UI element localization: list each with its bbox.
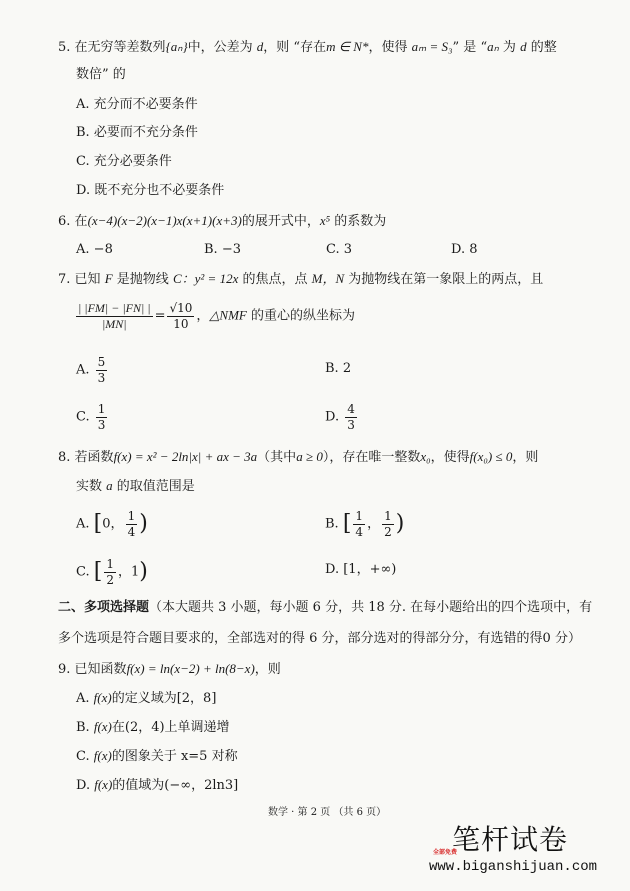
watermark-url[interactable]: www.biganshijuan.com bbox=[429, 860, 597, 874]
q5-stem-line2: 数倍” 的 bbox=[76, 68, 126, 81]
q7-ratio-fraction: | |FM| − |FN| ||MN| bbox=[76, 302, 153, 330]
q5-option-b[interactable]: B. 必要而不充分条件 bbox=[76, 126, 198, 139]
section2-title: 二、多项选择题 bbox=[58, 600, 149, 615]
q6-stem: 6. 在(x−4)(x−2)(x−1)x(x+1)(x+3)的展开式中，x⁵ 的… bbox=[58, 214, 386, 228]
q8-option-c[interactable]: C. [12，1) bbox=[76, 558, 148, 586]
q9-option-d[interactable]: D. f(x)的值域为(−∞，2ln3] bbox=[76, 778, 238, 792]
page-footer: 数学 · 第 2 页 （共 6 页） bbox=[268, 808, 386, 818]
q7-stem-line1: 7. 已知 F 是抛物线 C：y² = 12x 的焦点，点 M，N 为抛物线在第… bbox=[58, 272, 543, 286]
q7-number: 7. bbox=[58, 272, 70, 287]
section2-line2: 多个选项是符合题目要求的，全部选对的得 6 分，部分选对的得部分分，有选错的得0… bbox=[58, 632, 581, 645]
q5-option-c[interactable]: C. 充分必要条件 bbox=[76, 155, 172, 168]
q9-stem: 9. 已知函数f(x) = ln(x−2) + ln(8−x)，则 bbox=[58, 662, 281, 676]
q5-option-d[interactable]: D. 既不充分也不必要条件 bbox=[76, 184, 224, 197]
q7-option-a[interactable]: A. 53 bbox=[76, 356, 109, 384]
q7-option-b[interactable]: B. 2 bbox=[325, 362, 351, 375]
q6-option-d[interactable]: D. 8 bbox=[451, 243, 478, 256]
q5-number: 5. bbox=[58, 40, 70, 55]
section2-line1: 二、多项选择题（本大题共 3 小题，每小题 6 分，共 18 分. 在每小题给出… bbox=[58, 601, 592, 614]
q6-option-b[interactable]: B. −3 bbox=[204, 243, 241, 256]
q8-option-a[interactable]: A. [0，14) bbox=[76, 510, 148, 538]
q8-stem-line1: 8. 若函数f(x) = x² − 2ln|x| + ax − 3a（其中a ≥… bbox=[58, 450, 538, 464]
q7-option-d[interactable]: D. 43 bbox=[325, 403, 359, 431]
q6-option-c[interactable]: C. 3 bbox=[326, 243, 352, 256]
q8-stem-line2: 实数 a 的取值范围是 bbox=[76, 479, 195, 493]
q8-option-d[interactable]: D. [1，+∞) bbox=[325, 563, 396, 576]
q7-rhs-fraction: √1010 bbox=[167, 302, 194, 330]
q7-option-c[interactable]: C. 13 bbox=[76, 403, 109, 431]
q9-option-a[interactable]: A. f(x)的定义域为[2，8] bbox=[76, 691, 216, 705]
q8-number: 8. bbox=[58, 450, 70, 465]
q7-stem-line2: | |FM| − |FN| ||MN|=√1010，△NMF 的重心的纵坐标为 bbox=[74, 302, 355, 330]
q9-option-c[interactable]: C. f(x)的图象关于 x=5 对称 bbox=[76, 749, 238, 763]
q9-option-b[interactable]: B. f(x)在(2，4)上单调递增 bbox=[76, 720, 230, 734]
q9-number: 9. bbox=[58, 662, 70, 677]
q6-option-a[interactable]: A. −8 bbox=[76, 243, 113, 256]
q6-number: 6. bbox=[58, 214, 70, 229]
q8-option-b[interactable]: B. [14，12) bbox=[325, 510, 404, 538]
watermark-title: 笔杆试卷 bbox=[452, 826, 568, 854]
q5-stem-line1: 5. 在无穷等差数列{aₙ}中，公差为 d，则 “存在m ∈ N*，使得 aₘ … bbox=[58, 40, 557, 54]
q5-option-a[interactable]: A. 充分而不必要条件 bbox=[76, 98, 198, 111]
watermark-free-tag: 全部免费 bbox=[433, 850, 457, 856]
